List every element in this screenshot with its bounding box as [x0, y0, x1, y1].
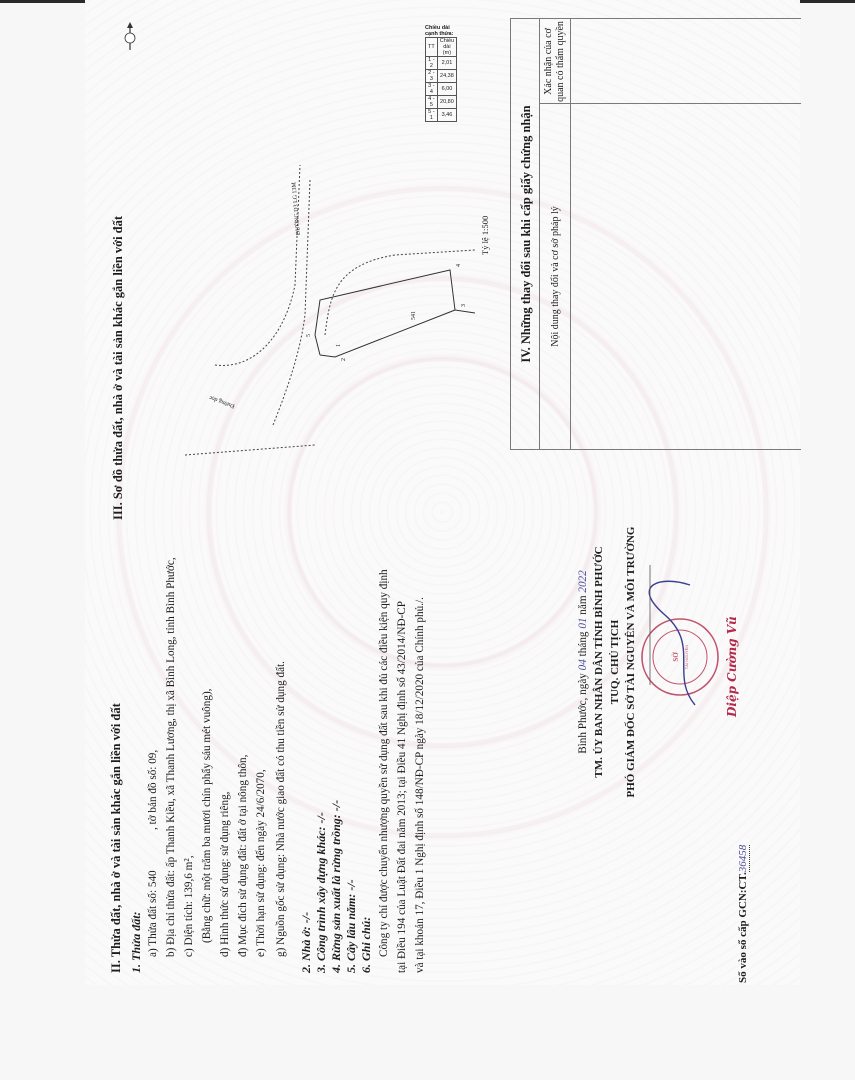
north-arrow-icon: [123, 20, 137, 50]
house-item: 2. Nhà ở: -/-: [299, 912, 314, 973]
position-line: PHÓ GIÁM ĐỐC SỞ TÀI NGUYÊN VÀ MÔI TRƯỜNG: [625, 507, 637, 817]
registry-number: 36458: [737, 845, 750, 873]
parcel-address: b) Địa chỉ thửa đất: ấp Thanh Kiều, xã T…: [165, 557, 177, 957]
signer-name: Diệp Cường Vũ: [725, 616, 739, 717]
scale-label: Tỷ lệ 1:500: [480, 216, 490, 255]
org-line: TM. ỦY BAN NHÂN DÂN TỈNH BÌNH PHƯỚC: [593, 527, 605, 797]
svg-text:SỞ: SỞ: [672, 652, 680, 662]
vertex-label: 4: [456, 264, 462, 267]
place-date: Bình Phước, ngày 04 tháng 01 năm 2022: [577, 527, 589, 797]
column-header: TT: [426, 38, 438, 57]
table-row: 1 - 22,01: [426, 57, 457, 70]
svg-text:TÀI NGUYÊN: TÀI NGUYÊN: [684, 645, 689, 670]
date-year: 2022: [577, 570, 589, 592]
column-divider: [569, 103, 801, 104]
usage-term: e) Thời hạn sử dụng: đến ngày 24/6/2070,: [255, 769, 267, 957]
section-iv-title: IV. Những thay đổi sau khi cấp giấy chứn…: [519, 19, 534, 449]
parcel-area: c) Diện tích: 139,6 m²,: [183, 855, 195, 957]
rotated-document: II. Thửa đất, nhà ở và tài sản khác gắn …: [85, 0, 800, 985]
usage-form: d) Hình thức sử dụng: sử dụng riêng,: [219, 792, 231, 957]
date-day: 04: [577, 659, 589, 670]
parcel-area-words: (Bằng chữ: một trăm ba mươi chín phẩy sá…: [201, 689, 213, 943]
other-construction-item: 3. Công trình xây dựng khác: -/-: [314, 812, 329, 973]
parcel-number-label: 541: [411, 311, 417, 320]
vertex-label: 2: [341, 358, 347, 361]
table-row: 2 - 324,38: [426, 70, 457, 83]
column-header: Chiều dài (m): [437, 38, 456, 57]
parcel-sketch: 1 2 3 4 5 541 ĐƯỜNG D3 LG 13M Đường dọc: [175, 135, 505, 465]
date-month: 01: [577, 617, 589, 628]
svg-text:Đường dọc: Đường dọc: [208, 394, 236, 409]
vertex-label: 1: [336, 344, 342, 347]
note-line: Công ty chỉ được chuyển nhượng quyền sử …: [378, 569, 390, 957]
edge-length-table: Chiều dài cạnh thửa: TT Chiều dài (m) 1 …: [425, 25, 457, 122]
table-row: 5 - 13,46: [426, 109, 457, 122]
role-line: TUQ. CHỦ TỊCH: [609, 527, 621, 797]
note-line: và tại khoản 17, Điều 1 Nghị định số 148…: [414, 597, 426, 973]
usage-purpose: đ) Mục đích sử dụng đất: đất ở tại nông …: [237, 755, 249, 957]
svg-text:ĐƯỜNG D3 LG 13M: ĐƯỜNG D3 LG 13M: [289, 181, 302, 235]
section-ii-title: II. Thửa đất, nhà ở và tài sản khác gắn …: [109, 703, 124, 973]
section-iv-box: IV. Những thay đổi sau khi cấp giấy chứn…: [510, 18, 801, 450]
forest-item: 4. Rừng sản xuất là rừng trồng: -/-: [329, 800, 344, 973]
land-origin: g) Nguồn gốc sử dụng: Nhà nước giao đất …: [275, 661, 287, 957]
parcel-number: a) Thửa đất số: 540: [147, 870, 159, 957]
official-stamp-icon: SỞ TÀI NGUYÊN: [640, 545, 730, 745]
note-line: tại Điều 194 của Luật Đất đai năm 2013; …: [396, 601, 408, 973]
column-header-confirm: Xác nhận của cơ quan có thẩm quyền: [540, 19, 570, 104]
section-iii-title: III. Sơ đồ thửa đất, nhà ở và tài sản kh…: [111, 216, 126, 520]
table-row: 4 - 520,80: [426, 96, 457, 109]
table-row: 3 - 46,00: [426, 83, 457, 96]
parcel-heading: 1. Thửa đất:: [129, 911, 144, 973]
vertex-label: 5: [306, 334, 312, 337]
perennial-item: 5. Cây lâu năm: -/-: [344, 879, 359, 973]
edge-table-caption: Chiều dài cạnh thửa:: [425, 25, 457, 37]
map-sheet: , tờ bản đồ số: 09,: [147, 750, 159, 830]
signature-icon: [640, 739, 641, 740]
vertex-label: 3: [461, 304, 467, 307]
changes-table-header: Nội dung thay đổi và cơ sở pháp lý Xác n…: [539, 19, 571, 449]
column-header-content: Nội dung thay đổi và cơ sở pháp lý: [540, 103, 570, 449]
notes-heading: 6. Ghi chú:: [359, 917, 374, 973]
registry-line: Số vào sổ cấp GCN:CT.36458: [737, 845, 749, 983]
